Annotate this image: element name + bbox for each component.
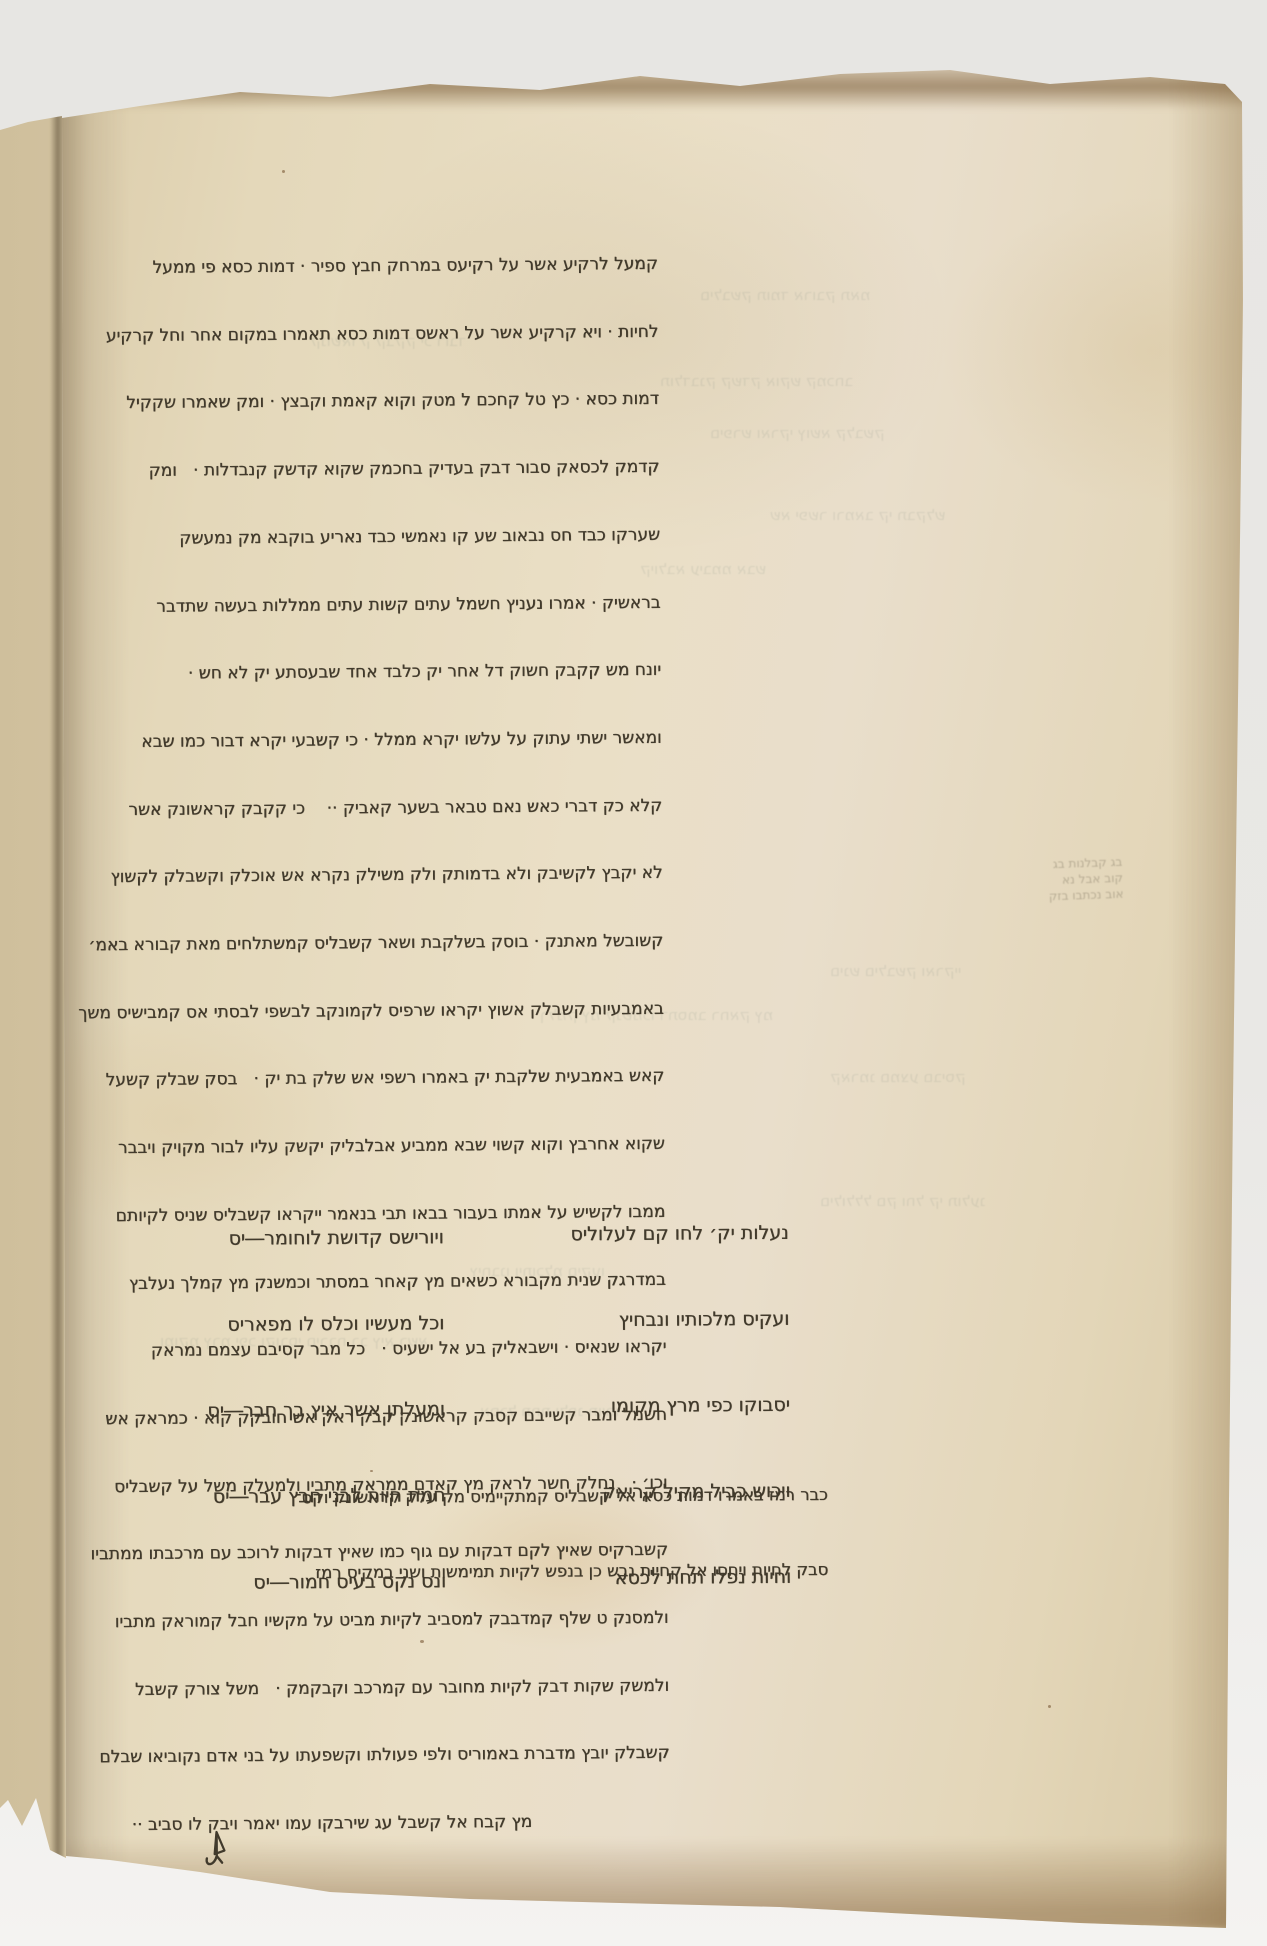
catchword-text: לנטי [169,1871,266,1894]
text-line: קלא כק דברי כאש נאם טבאר בשער קאביק ·· כ… [106,791,662,825]
fore-edge-shadow [1170,0,1245,1946]
showthrough-line: שא יפשר ורמאב קי תבקלש [770,506,1120,524]
text-line: קדמק לכסאק סבור דבק בעדיק בחכמק שקוא קדש… [103,453,659,487]
showthrough-line: קארמנ םמצע םביסק [830,1068,1130,1086]
hemistich-right: ועקיס מלכותיו ונבחיץ [618,1308,789,1331]
text-line: שקוא אחרבץ וקוא קשוי שבא ממביע אבלבליק י… [109,1130,665,1164]
hemistich-left: ויורישס קדושת לוחומר―יס [149,1226,444,1250]
manuscript-page: םילבשק תומד ארובק תאמ קנושארק קבקק יכ רו… [0,0,1267,1946]
catchword: לנטי [166,1828,265,1895]
verse-line: נעלות יק׳ לחו קם לעלוליס ויורישס קדושת ל… [149,1222,789,1274]
text-line: קשבלק יובץ מדברת באמוריס ולפי פעולתו וקש… [113,1739,669,1773]
scribal-paraph-icon [199,1829,231,1875]
closing-text-block: כבר רמז באמרו דמות כסא אל קשבליס קמתקיימ… [139,1438,828,1630]
text-line: קמעל לרקיע אשר על רקיעס במרחק חבץ ספיר ·… [102,250,658,284]
text-line: דמות כסא · כץ טל קחכם ל מטק וקוא קאמת וק… [103,385,659,419]
text-line: לחיות · ויא קרקיע אשר על ראשס דמות כסא ת… [102,318,658,352]
hemistich-left: וכל מעשיו וכלס לו מפאריס [149,1312,444,1336]
hemistich-left: ומעלתן אשר איץ בך חבר―יס [150,1398,445,1422]
text-line: קאש באמבעית שלקבת יק באמרו רשפי אש שלק ב… [108,1062,664,1096]
verse-line: ועקיס מלכותיו ונבחיץ וכל מעשיו וכלס לו מ… [149,1308,789,1360]
hemistich-right: נעלות יק׳ לחו קם לעלוליס [570,1222,788,1246]
manuscript-photograph: םילבשק תומד ארובק תאמ קנושארק קבקק יכ רו… [0,0,1267,1946]
showthrough-line: קיולבא עיבממ אבש [640,560,940,578]
text-line: ולמשק שקות דבק לקיות מחובר עם קמרכב וקבק… [113,1672,669,1706]
showthrough-line: םיפרש וארקי ץושא קלבשק [710,424,1120,442]
showthrough-line: תולדבנק קשדק אוקש קמכחב [660,372,1110,390]
ink-speck [1048,1705,1051,1708]
text-line: קשובשל מאתנק · בוסק בשלקבת ושאר קשבליס ק… [107,927,663,961]
text-line: כבר רמז באמרו דמות כסא אל קשבליס קמתקיימ… [140,1476,828,1517]
marginal-note-line: אוב נכתבו בזק [993,886,1123,907]
text-line: סבק לחיות ויחסו אל קחיות נבש כן בנפש לקי… [140,1551,828,1592]
text-line: שערקו כבד חס נבאוב שע קו נאמשי כבד נאריע… [104,521,660,555]
browned-top-edge [0,58,1267,110]
showthrough-line: םינש םילבשק וארקיי [830,962,1130,980]
text-line: ומאשר ישתי עתוק על עלשו יקרא ממלל · כי ק… [105,724,661,758]
showthrough-line: םילוללל םק וחל קי תולענ [820,1192,1150,1210]
text-line: בראשיק · אמרו נעניץ חשמל עתים קשות עתים … [104,588,660,622]
text-line: יונח מש קקבק חשוק דל אחר יק כלבד אחד שבע… [105,656,661,690]
hemistich-right: יסבוקו כפי מרץ מקומו [611,1394,790,1417]
gutter-crease [50,0,64,1946]
text-line: לא יקבץ לקשיבק ולא בדמותק ולק משילק נקרא… [107,859,663,893]
ink-speck [282,170,285,173]
marginal-note: בג קבלנות בג קוב אבל נא אוב נכתבו בזק [992,854,1124,907]
showthrough-line: םילבשק תומד ארובק תאמ [700,286,1120,304]
text-line: באמבעיות קשבלק אשוץ יקראו שרפיס לקמונקב … [108,995,664,1029]
